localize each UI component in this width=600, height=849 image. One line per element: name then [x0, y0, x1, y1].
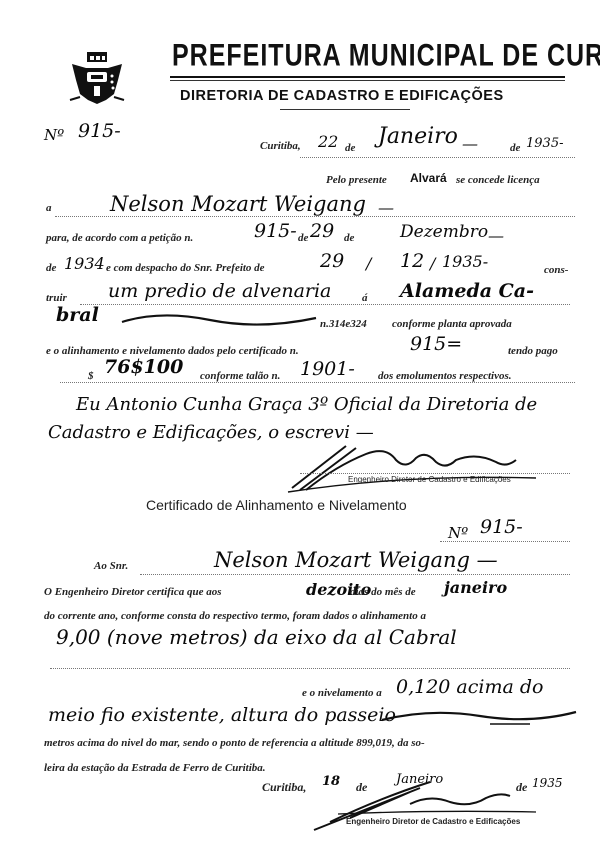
dotted-line [60, 382, 575, 383]
street-name-cont: bral [56, 304, 99, 326]
petition-year: 1934 [64, 254, 105, 273]
dotted-line [300, 473, 570, 474]
director-signature-2 [310, 778, 540, 836]
cert-line-soleira: leira da estação da Estrada de Ferro de … [44, 762, 266, 774]
certificate-title: Certificado de Alinhamento e Nivelamento [146, 497, 407, 513]
talao-number: 1901- [300, 358, 355, 380]
conforme-planta: conforme planta aprovada [392, 318, 512, 330]
page-subtitle: DIRETORIA DE CADASTRO E EDIFICAÇÕES [180, 88, 504, 104]
amount-paid: 76$100 [104, 356, 183, 378]
alvara-number: 915- [78, 120, 121, 142]
dotted-line [300, 157, 575, 158]
nivelamento-cont: meio fio existente, altura do passeio [48, 704, 396, 726]
pelo-presente: Pelo presente [326, 174, 387, 186]
conforme-talao: conforme talão n. [200, 370, 280, 382]
certificate-number: 915- [480, 516, 523, 538]
truir-text: truir [46, 292, 67, 304]
clerk-line-1: Eu Antonio Cunha Graça 3º Oficial da Dir… [76, 394, 537, 415]
dotted-line [55, 216, 575, 217]
a-street: á [362, 292, 368, 304]
cert-line-1b: dias do mês de [350, 586, 416, 598]
cert-month: janeiro [444, 578, 507, 597]
nivelamento-label: e o nivelamento a [302, 687, 382, 699]
petition-month: Dezembro [400, 222, 488, 242]
alvara-place: Curitiba, [260, 140, 301, 152]
director-caption-1: Engenheiro Diretor de Cadastro e Edifica… [348, 475, 511, 484]
grantee-dash: — [378, 198, 394, 217]
despacho-sep1: / [366, 254, 371, 273]
petition-day: 29 [310, 220, 334, 242]
director-caption-2: Engenheiro Diretor de Cadastro e Edifica… [346, 817, 520, 826]
title-underline [170, 76, 565, 78]
construction-type: um predio de alvenaria [108, 280, 331, 302]
alvara-word: Alvará [410, 171, 447, 185]
certificate-recipient: Nelson Mozart Weigang — [214, 548, 498, 572]
alvara-number-label: Nº [44, 126, 64, 144]
petition-number: 915- [254, 220, 297, 242]
house-numbers: n.314e324 [320, 318, 367, 330]
title-underline-2 [170, 80, 565, 81]
currency-prefix: $ [88, 370, 94, 382]
street-name: Alameda Ca- [400, 280, 534, 302]
despacho-text: e com despacho do Snr. Prefeito de [106, 262, 265, 274]
a-label: a [46, 202, 52, 214]
cert-line-2: do corrente ano, conforme consta do resp… [44, 610, 426, 622]
cons-text: cons- [544, 264, 568, 276]
alvara-year: 1935- [526, 136, 563, 151]
certificate-number-ref: 915= [410, 333, 462, 355]
emolumentos: dos emolumentos respectivos. [378, 370, 512, 382]
nivelamento-value: 0,120 acima do [396, 676, 543, 698]
petition-dash: — [488, 226, 504, 245]
alvara-dash: — [462, 134, 478, 153]
despacho-month: 12 [400, 250, 424, 272]
alvara-day: 22 [318, 132, 338, 151]
alvara-month: Janeiro [378, 124, 458, 149]
dotted-line [140, 574, 570, 575]
page-title: PREFEITURA MUNICIPAL DE CURITIBA [172, 38, 600, 74]
para-text: para, de acordo com a petição n. [46, 232, 193, 244]
cert-line-metros: metros acima do nivel do mar, sendo o po… [44, 737, 425, 749]
ao-snr: Ao Snr. [94, 560, 128, 572]
tendo-pago: tendo pago [508, 345, 558, 357]
certificate-number-label: Nº [448, 524, 468, 542]
cert-place: Curitiba, [262, 780, 306, 795]
despacho-year: 1935- [442, 252, 488, 271]
alvara-grantee: Nelson Mozart Weigang [110, 192, 366, 216]
curitiba-coat-of-arms-icon [68, 50, 126, 106]
despacho-day: 29 [320, 250, 344, 272]
petition-de2: de [344, 232, 354, 244]
coat-of-arms [68, 50, 126, 106]
petition-de: de [298, 232, 308, 244]
subtitle-underline [280, 109, 410, 110]
filler-stroke [120, 310, 320, 330]
alignment-value: 9,00 (nove metros) da eixo da al Cabral [56, 625, 457, 649]
filler-stroke-2 [380, 706, 580, 730]
cert-line-1a: O Engenheiro Diretor certifica que aos [44, 586, 222, 598]
dotted-line [440, 541, 570, 542]
director-signature-1 [286, 440, 546, 496]
alvara-de1: de [345, 142, 355, 154]
alvara-de2: de [510, 142, 520, 154]
despacho-sep2: / [430, 254, 435, 273]
concede-licenca: se concede licença [456, 174, 540, 186]
dotted-line [50, 668, 570, 669]
petition-year-prefix: de [46, 262, 56, 274]
dotted-line [80, 304, 570, 305]
